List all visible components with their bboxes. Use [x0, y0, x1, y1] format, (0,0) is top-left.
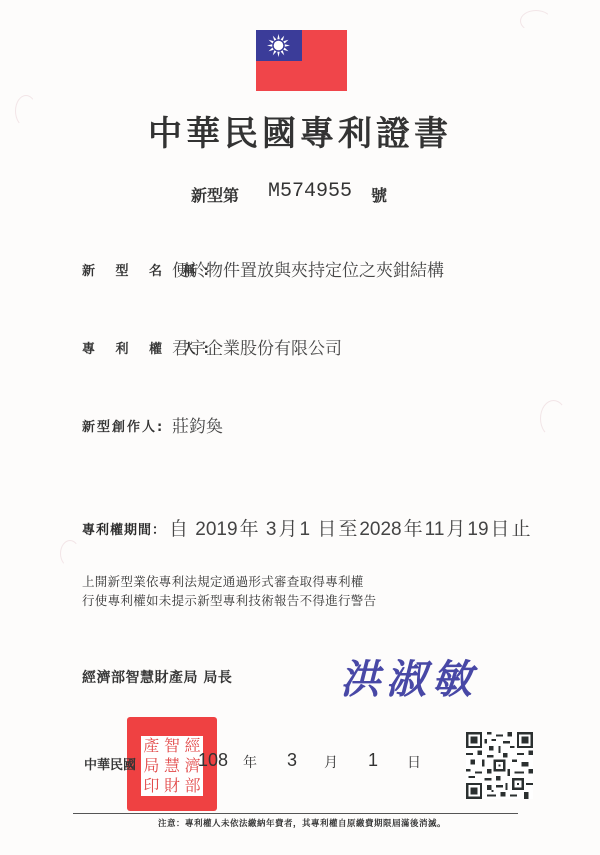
- seal-char: 局: [141, 756, 162, 776]
- issue-date-year-char: 年: [243, 752, 257, 772]
- qr-code-icon: [466, 732, 533, 799]
- creator-value: 莊鈞奐: [172, 412, 223, 437]
- issue-date-day-char: 日: [407, 752, 421, 772]
- term-from: 自: [169, 519, 188, 540]
- director-signature: 洪淑敏: [340, 648, 478, 705]
- term-end-month: 11: [425, 519, 445, 540]
- issuing-authority: 經濟部智慧財產局 局長: [82, 667, 232, 687]
- paper-fiber: [520, 10, 552, 32]
- issue-date-month-char: 月: [324, 752, 338, 772]
- flag-canton: [256, 30, 302, 61]
- patentee-value: 君宇企業股份有限公司: [172, 334, 342, 359]
- notice-line: 行使專利權如未提示新型專利技術報告不得進行警告: [82, 591, 376, 609]
- seal-char: 部: [182, 776, 203, 796]
- utility-model-name-value: 便於物件置放與夾持定位之夾鉗結構: [172, 256, 444, 281]
- term-year-char: 年: [240, 519, 259, 540]
- paper-fiber: [60, 540, 80, 567]
- term-end-suffix: 止: [512, 519, 531, 540]
- term-month-char: 月: [278, 519, 297, 540]
- footnote: 注意：專利權人未依法繳納年費者，其專利權自原繳費期限屆滿後消滅。: [158, 817, 446, 829]
- patent-term-value: 自 2019年 3月1 日至2028年11月19日止: [168, 514, 532, 541]
- creator-label: 新型創作人:: [82, 416, 164, 435]
- seal-char: 產: [141, 736, 162, 756]
- term-end-day: 19: [467, 519, 488, 540]
- issue-date-month: 3: [287, 750, 297, 771]
- issue-date-year: 108: [198, 750, 228, 771]
- seal-char: 智: [162, 736, 183, 756]
- certificate-number-prefix: 新型第: [191, 183, 239, 206]
- seal-char: 財: [162, 776, 183, 796]
- term-start-month: 3: [266, 519, 277, 540]
- notice-line: 上開新型業依專利法規定通過形式審查取得專利權: [82, 572, 364, 590]
- term-to: 至: [338, 519, 357, 540]
- term-start-year: 2019: [195, 519, 237, 540]
- paper-fiber: [15, 95, 37, 127]
- term-start-day: 1: [299, 519, 310, 540]
- issue-date-era: 中華民國: [84, 754, 136, 773]
- issue-date-day: 1: [368, 750, 378, 771]
- term-day-char: 日: [317, 519, 336, 540]
- patent-term-label: 專利權期間：: [82, 519, 166, 538]
- term-end-year: 2028: [359, 519, 401, 540]
- footer-divider: [73, 813, 518, 814]
- certificate-number-suffix: 號: [371, 183, 387, 206]
- paper-fiber: [540, 400, 567, 437]
- certificate-title: 中華民國專利證書: [148, 106, 452, 155]
- term-month-char: 月: [446, 519, 465, 540]
- seal-char: 印: [141, 776, 162, 796]
- seal-inner: 產 智 經 局 慧 濟 印 財 部: [141, 736, 203, 796]
- roc-flag-icon: [256, 30, 347, 91]
- certificate-number: M574955: [268, 180, 352, 203]
- term-year-char: 年: [404, 519, 423, 540]
- sun-icon: [266, 33, 291, 58]
- term-day-char: 日: [491, 519, 510, 540]
- seal-char: 慧: [162, 756, 183, 776]
